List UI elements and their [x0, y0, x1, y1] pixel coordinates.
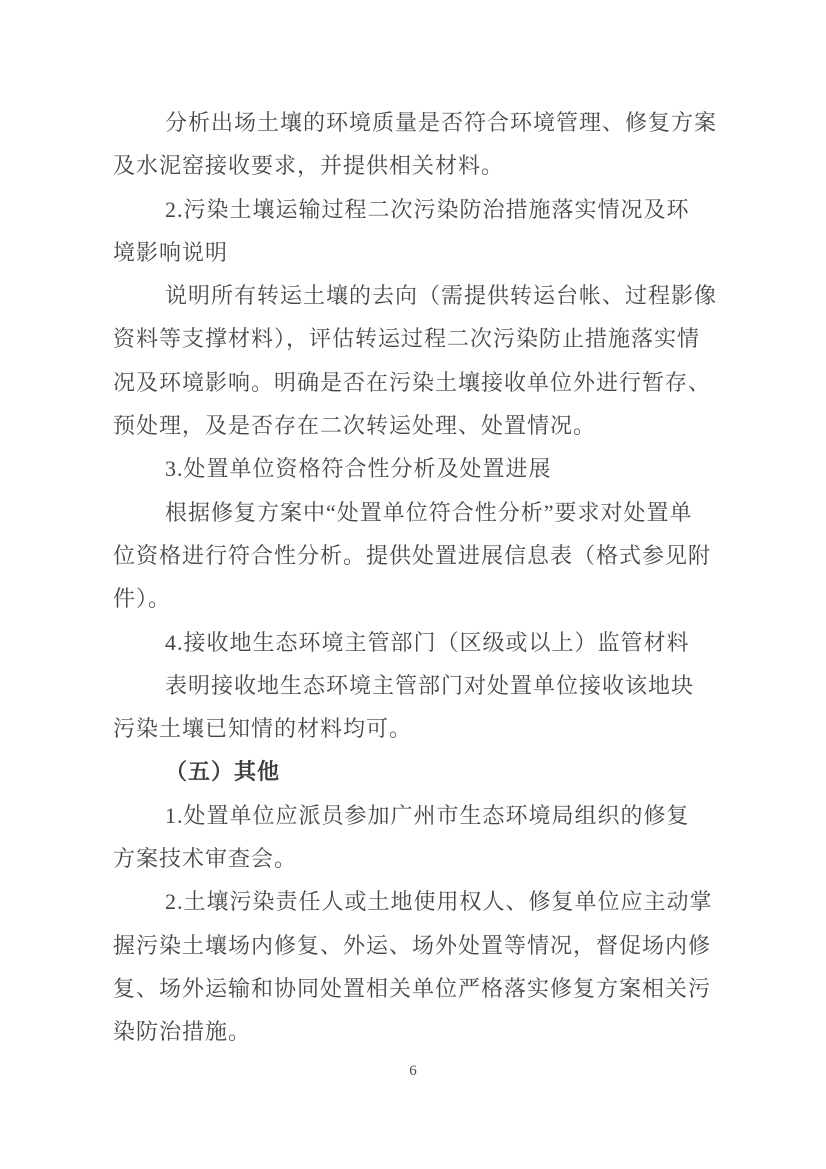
text-line: 况及环境影响。明确是否在污染土壤接收单位外进行暂存、 [113, 361, 721, 404]
text-line: 根据修复方案中“处置单位符合性分析”要求对处置单 [113, 491, 721, 534]
item-3-disposal-title: 3.处置单位资格符合性分析及处置进展 [113, 447, 721, 490]
other-item-2: 2.土壤污染责任人或土地使用权人、修复单位应主动掌 握污染土壤场内修复、外运、场… [113, 880, 721, 1053]
text-line: 说明所有转运土壤的去向（需提供转运台帐、过程影像 [113, 274, 721, 317]
document-page: 分析出场土壤的环境质量是否符合环境管理、修复方案 及水泥窑接收要求，并提供相关材… [0, 0, 826, 1169]
text-line: 位资格进行符合性分析。提供处置进展信息表（格式参见附 [113, 534, 721, 577]
text-line: 4.接收地生态环境主管部门（区级或以上）监管材料 [113, 621, 721, 664]
paragraph-transport-explanation: 说明所有转运土壤的去向（需提供转运台帐、过程影像 资料等支撑材料），评估转运过程… [113, 274, 721, 447]
paragraph-qualification-analysis: 根据修复方案中“处置单位符合性分析”要求对处置单 位资格进行符合性分析。提供处置… [113, 491, 721, 621]
other-item-1: 1.处置单位应派员参加广州市生态环境局组织的修复 方案技术审查会。 [113, 794, 721, 881]
text-line: 复、场外运输和协同处置相关单位严格落实修复方案相关污 [113, 967, 721, 1010]
page-footer: 6 [0, 1062, 826, 1080]
text-line: 2.土壤污染责任人或土地使用权人、修复单位应主动掌 [113, 880, 721, 923]
page-number: 6 [409, 1063, 417, 1079]
text-line: 染防治措施。 [113, 1010, 721, 1053]
item-4-regulator-title: 4.接收地生态环境主管部门（区级或以上）监管材料 [113, 621, 721, 664]
text-line: 预处理，及是否存在二次转运处理、处置情况。 [113, 404, 721, 447]
text-line: 握污染土壤场内修复、外运、场外处置等情况，督促场内修 [113, 924, 721, 967]
text-line: 分析出场土壤的环境质量是否符合环境管理、修复方案 [113, 101, 721, 144]
text-line: 及水泥窑接收要求，并提供相关材料。 [113, 144, 721, 187]
text-line: 3.处置单位资格符合性分析及处置进展 [113, 447, 721, 490]
item-2-transport-title: 2.污染土壤运输过程二次污染防治措施落实情况及环 境影响说明 [113, 188, 721, 275]
text-line: 境影响说明 [113, 231, 721, 274]
text-line: 2.污染土壤运输过程二次污染防治措施落实情况及环 [113, 188, 721, 231]
section-heading-text: （五）其他 [113, 750, 721, 793]
text-line: 方案技术审查会。 [113, 837, 721, 880]
text-line: 资料等支撑材料），评估转运过程二次污染防止措施落实情 [113, 317, 721, 360]
paragraph-soil-quality-analysis: 分析出场土壤的环境质量是否符合环境管理、修复方案 及水泥窑接收要求，并提供相关材… [113, 101, 721, 188]
paragraph-regulator-materials: 表明接收地生态环境主管部门对处置单位接收该地块 污染土壤已知情的材料均可。 [113, 664, 721, 751]
text-line: 表明接收地生态环境主管部门对处置单位接收该地块 [113, 664, 721, 707]
text-line: 污染土壤已知情的材料均可。 [113, 707, 721, 750]
text-line: 件）。 [113, 577, 721, 620]
page-body-text: 分析出场土壤的环境质量是否符合环境管理、修复方案 及水泥窑接收要求，并提供相关材… [113, 101, 721, 1054]
text-line: 1.处置单位应派员参加广州市生态环境局组织的修复 [113, 794, 721, 837]
section-5-heading: （五）其他 [113, 750, 721, 793]
